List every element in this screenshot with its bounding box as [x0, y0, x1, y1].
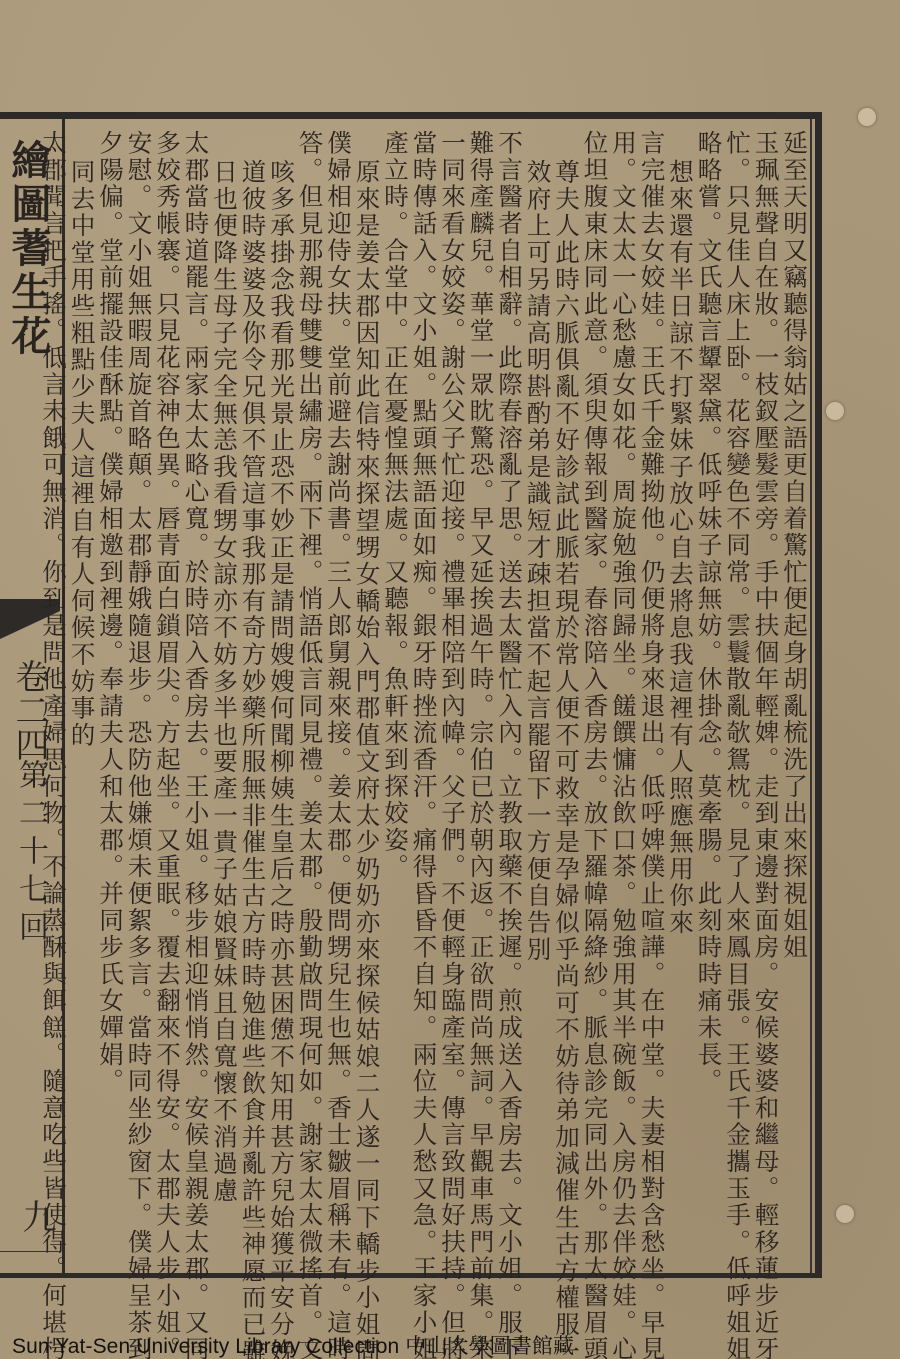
text-column: 不言醫者自相辭。此際春溶亂了思。送去太醫忙入內。立教取藥不挨遲。煎成送入香房去。…: [495, 130, 524, 1270]
text-column: 難得產麟兒。華堂一眾眈驚恐。早又延挨過午時。宗伯已於朝內返。正欲問尚無詞。早觀車…: [466, 130, 495, 1270]
text-column: 安慰。文小姐無暇周旋首略顛。太郡靜娥隨退步。恐防他嫌煩未便絮多言。當時同坐紗窗下…: [124, 130, 153, 1270]
text-column: 咳多承掛念我看那光景止恐不妙正是請問嫂嫂何聞柳姨生皇后之時亦甚困憊不知用甚方兒始…: [267, 130, 296, 1270]
text-column: 言完催去女姣娃。王氏千金難拗他。仍便將身來退出。低呼婢僕止喧譁。在中堂。夫妻相對…: [637, 130, 666, 1270]
text-column: 日也便降生母子完全無恙我看甥女諒亦不妨多半也要產一貴子姑娘賢妹且自寬懷不消過慮: [210, 130, 239, 1270]
collection-credit: Sun Yat-Sen University Library Collectio…: [12, 1330, 574, 1359]
text-column: 原來是姜太郡因知此信特來探望甥女轎始入門郡值文府太少奶奶亦來探候姑娘二人遂一同下…: [352, 130, 381, 1270]
credit-chinese: 中山大學圖書館藏: [405, 1335, 574, 1358]
binding-hole-icon: [826, 402, 844, 420]
text-column: 道彼時婆婆及你令兄俱不管這事我那有奇方妙藥所服無非催生古方時時勉進些飲食并亂許些…: [238, 130, 267, 1270]
text-column: 答。但見那親母雙雙出繡房。兩下裡。悄語低言同見禮。姜太郡。殷勤啟問現何如。謝家太…: [295, 130, 324, 1270]
text-column: 位坦腹東床同此意。須臾傳報到醫家。春溶陪入香房去。放下羅幃隔絳紗。脈息診完同出外…: [580, 130, 609, 1270]
text-column: 夕陽偏。堂前擺設佳酥點。僕婦相邀到裡邊。奉請夫人和太郡。并同步氏女嬋娟。: [96, 130, 125, 1270]
page-border-inner-line: [810, 119, 812, 1273]
body-text: 延至天明又竊聽得翁姑之語更自着驚忙便起身胡亂梳洗了出來探視姐姐玉珮無聲自在妝。一…: [68, 130, 808, 1270]
text-column: 忙。只見佳人床上卧。花容變色不同常。雲鬟散亂欹鴛枕。見了人來鳳目張。王氏千金攜玉…: [723, 130, 752, 1270]
text-column: 略略嘗。文氏聽言顰翠黛。低呼妹子諒無妨。休掛念。莫牽腸。此刻時時痛未長。: [694, 130, 723, 1270]
text-column: 太郡聞言把手搖。低言未餓可無消。你到是問他產婦思何物。不論蒸酥與餌餻。隨意吃些皆…: [39, 130, 68, 1270]
binding-hole-icon: [858, 108, 876, 126]
text-column: 太郡當時道罷言。兩家太太略心寬。於時陪入香房去。王小姐。移步相迎悄悄然。安候皇親…: [181, 130, 210, 1270]
text-column: 多姣秀帳褰。只見花容神色異。唇青面白鎖眉尖。方起坐。又重眠。覆去翻來不得安。太郡…: [153, 130, 182, 1270]
text-column: 當時傳話入。文小姐。點頭無語面如痴。銀牙時挫流香汗。痛得昏昏不自知。兩位夫人愁又…: [409, 130, 438, 1270]
document-page: 繪圖蓍生花 卷二四 第二十七回 九 延至天明又竊聽得翁姑之語更自着驚忙便起身胡亂…: [0, 0, 900, 1359]
text-column: 一同來看女姣姿。謝公父子忙迎接。禮畢相陪到內幃。父子們。不便輕身臨產室。傳言致問…: [438, 130, 467, 1270]
text-column: 延至天明又竊聽得翁姑之語更自着驚忙便起身胡亂梳洗了出來探視姐姐: [780, 130, 809, 1270]
binding-hole-icon: [836, 1205, 854, 1223]
text-column: 產立時。合堂中。正在憂惶無法處。又聽報。魚軒來到探姣姿。: [381, 130, 410, 1270]
credit-english: Sun Yat-Sen University Library Collectio…: [12, 1335, 399, 1358]
text-column: 尊夫人此時六脈俱亂不好診試此脈若現於常人便不可救幸是孕婦似乎尚可不妨待弟加減催生…: [552, 130, 581, 1270]
text-column: 想來還有半日諒不打緊妹子放心自去將息我這裡有人照應無用你來: [666, 130, 695, 1270]
text-column: 玉珮無聲自在妝。一枝釵壓髮雲旁。手中扶個年輕婢。走到東邊對面房。安候婆婆和繼母。…: [751, 130, 780, 1270]
text-column: 用。文太太一心愁慮女如花。周旋勉強同歸坐。饈饌慵沾飲口茶。勉強用其半碗飯。入房仍…: [609, 130, 638, 1270]
text-column: 僕婦相迎侍女扶。堂前避去謝尚書。三人郎舅親來接。姜太郡。便問甥兒生也無。香士皺眉…: [324, 130, 353, 1270]
text-column: 同去中堂用些粗點少夫人這裡自有人伺候不妨事的: [67, 130, 96, 1270]
text-column: 效府上可另請高明斟酌弟是識短才疎担當不起言罷留下一方便自告別: [523, 130, 552, 1270]
